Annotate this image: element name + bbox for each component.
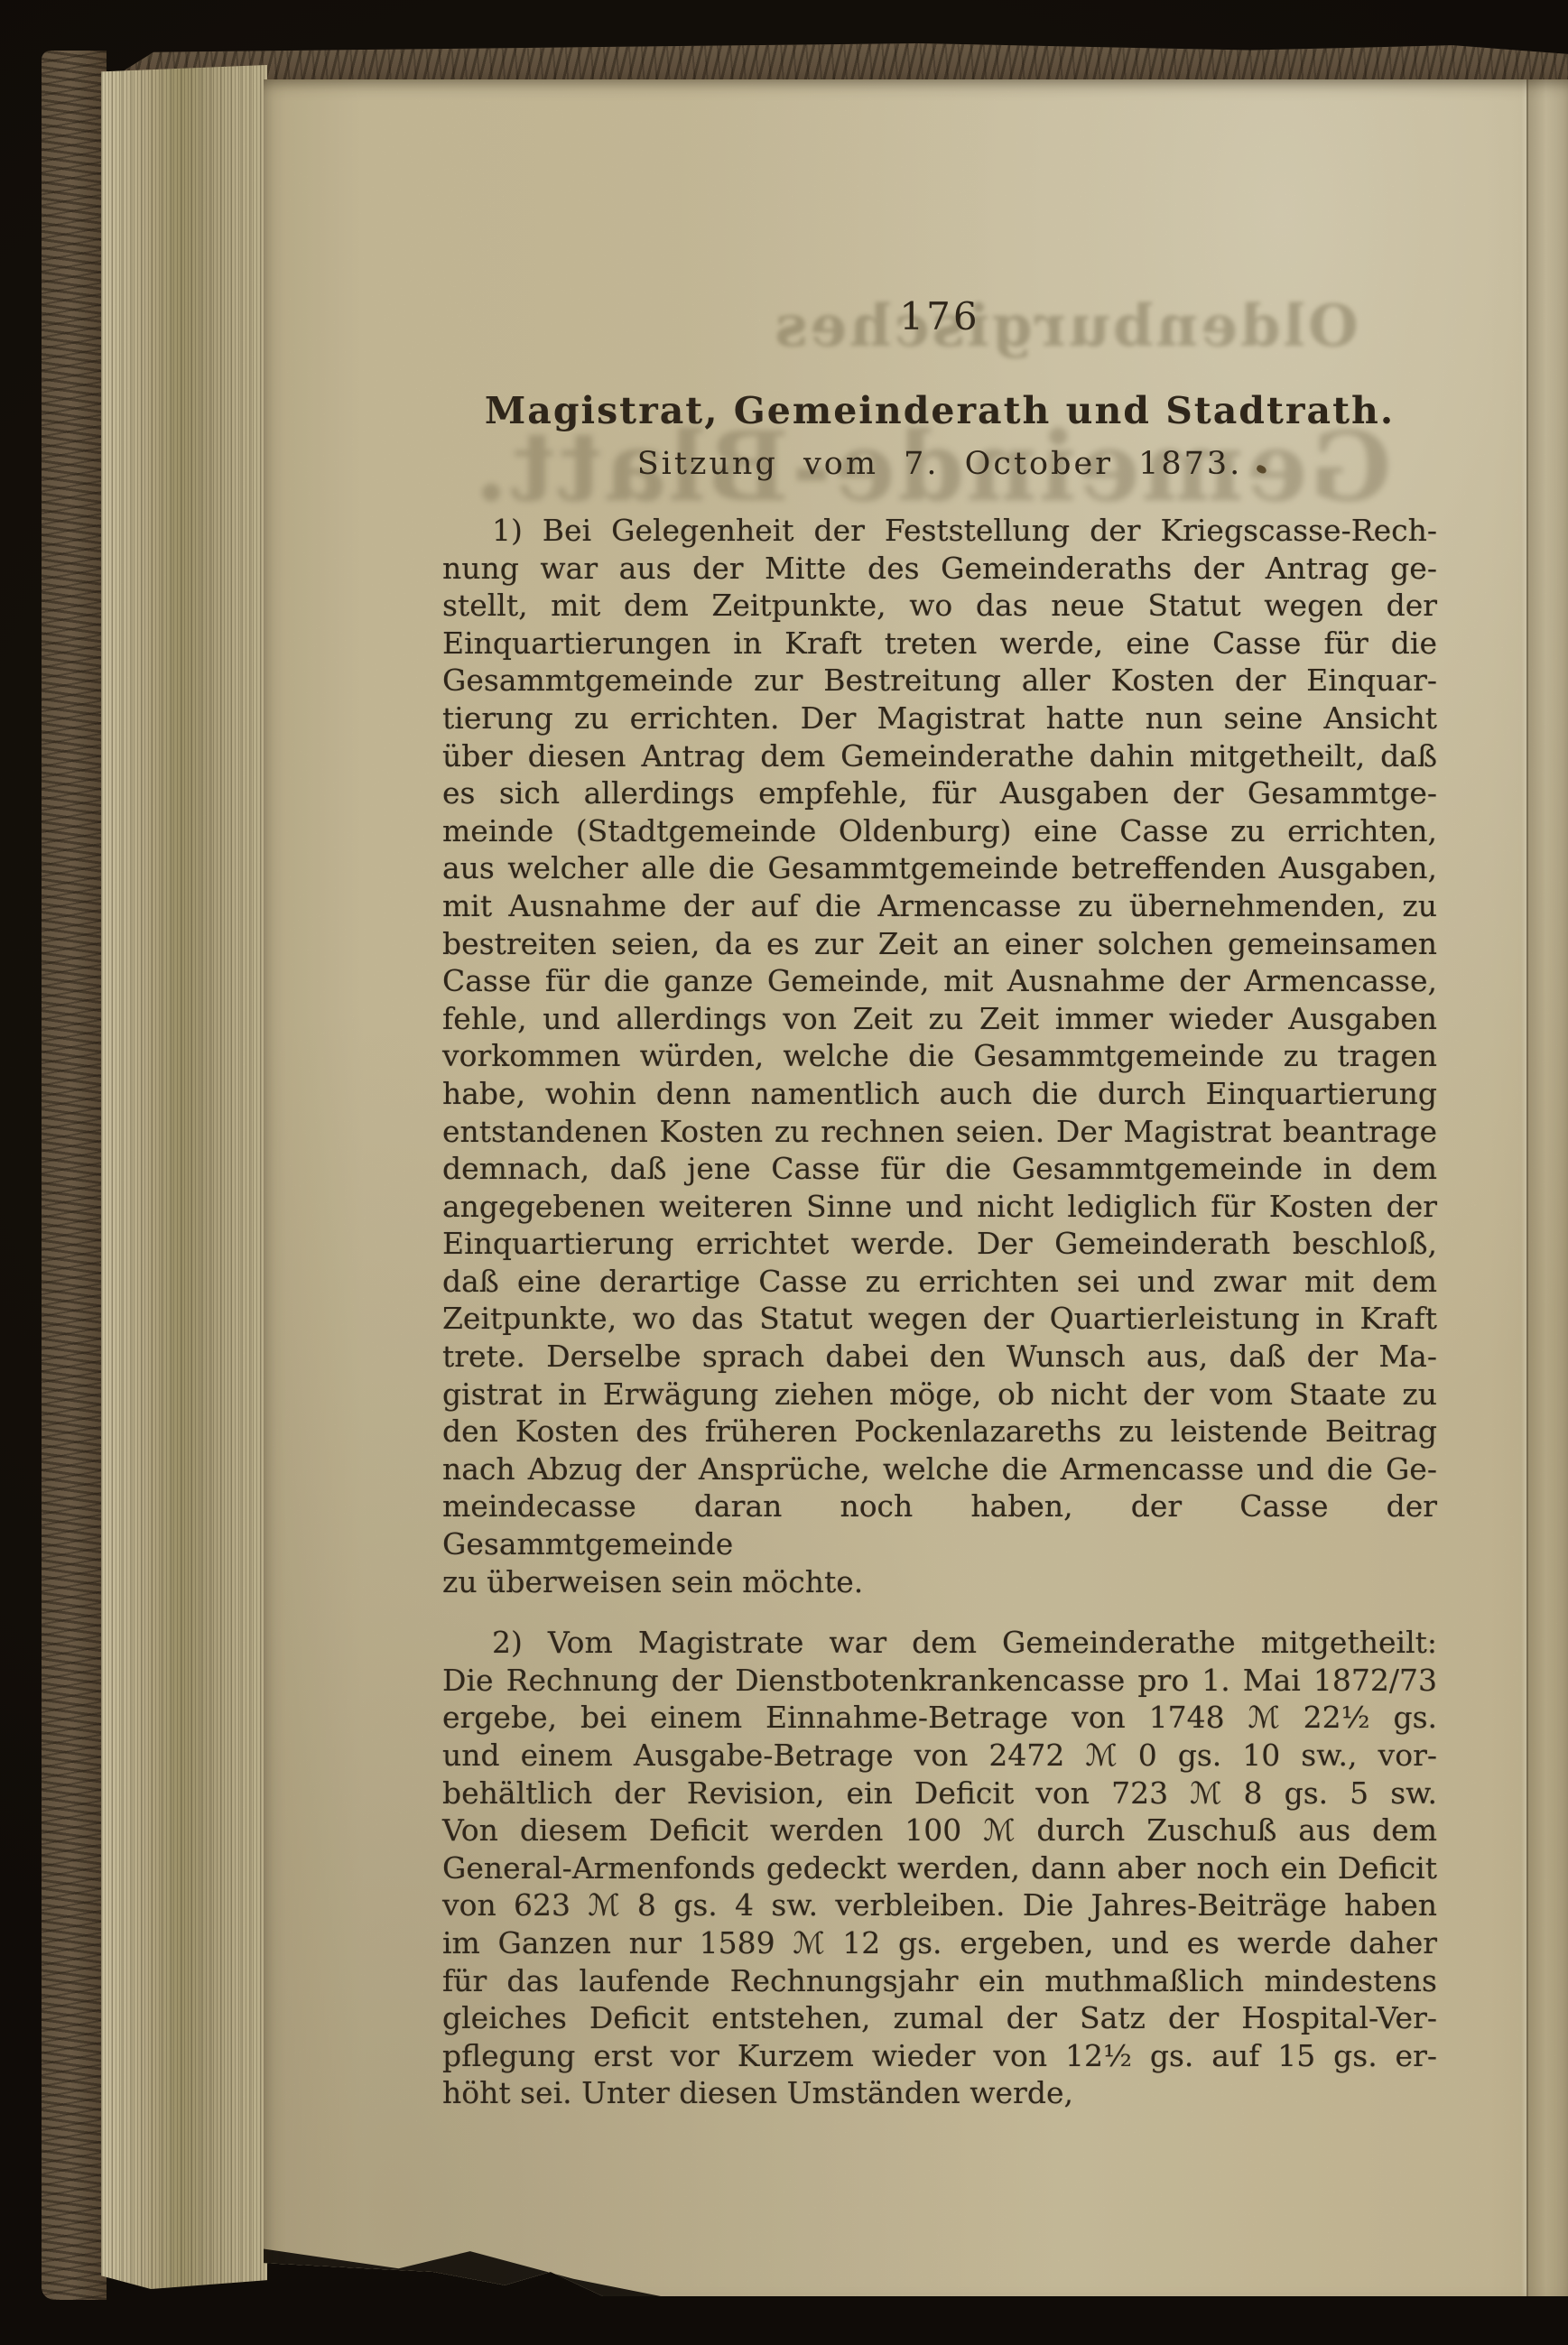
page-number: 176 bbox=[442, 294, 1437, 339]
text-line: Gesammtgemeinde zur Bestreitung aller Ko… bbox=[442, 662, 1437, 700]
text-line: im Ganzen nur 1589 ℳ 12 gs. ergeben, und… bbox=[442, 1924, 1437, 1962]
text-line: angegebenen weiteren Sinne und nicht led… bbox=[442, 1188, 1437, 1226]
text-line: über diesen Antrag dem Gemeinderathe dah… bbox=[442, 737, 1437, 775]
text-line: zu überweisen sein möchte. bbox=[442, 1563, 1437, 1601]
text-line: Einquartierung errichtet werde. Der Geme… bbox=[442, 1225, 1437, 1263]
text-line: Einquartierungen in Kraft treten werde, … bbox=[442, 625, 1437, 663]
text-line: nach Abzug der Ansprüche, welche die Arm… bbox=[442, 1451, 1437, 1488]
text-line: nung war aus der Mitte des Gemeinderaths… bbox=[442, 550, 1437, 588]
text-line: es sich allerdings empfehle, für Ausgabe… bbox=[442, 774, 1437, 812]
text-line: behältlich der Revision, ein Deficit von… bbox=[442, 1775, 1437, 1812]
text-line: demnach, daß jene Casse für die Gesammtg… bbox=[442, 1150, 1437, 1188]
text-line: Von diesem Deficit werden 100 ℳ durch Zu… bbox=[442, 1812, 1437, 1849]
text-line: meinde (Stadtgemeinde Oldenburg) eine Ca… bbox=[442, 812, 1437, 850]
page-fore-edge-stack bbox=[101, 65, 267, 2289]
text-line: den Kosten des früheren Pockenlazareths … bbox=[442, 1413, 1437, 1451]
text-line: Die Rechnung der Dienstbotenkrankencasse… bbox=[442, 1662, 1437, 1700]
text-line: pflegung erst vor Kurzem wieder von 12½ … bbox=[442, 2037, 1437, 2075]
text-line: daß eine derartige Casse zu errichten se… bbox=[442, 1263, 1437, 1301]
text-line: gistrat in Erwägung ziehen möge, ob nich… bbox=[442, 1376, 1437, 1413]
book-page: Oldenburgisches Gemeinde-Blatt. 176 Magi… bbox=[264, 79, 1568, 2296]
text-line: für das laufende Rechnungsjahr ein muthm… bbox=[442, 1962, 1437, 2000]
text-line: gleiches Deficit entstehen, zumal der Sa… bbox=[442, 1999, 1437, 2037]
text-line: bestreiten seien, da es zur Zeit an eine… bbox=[442, 925, 1437, 963]
session-subheading: Sitzung vom 7. October 1873. bbox=[442, 445, 1437, 483]
text-line: vorkommen würden, welche die Gesammtgeme… bbox=[442, 1037, 1437, 1075]
text-line: fehle, und allerdings von Zeit zu Zeit i… bbox=[442, 1000, 1437, 1038]
text-line: habe, wohin denn namentlich auch die dur… bbox=[442, 1075, 1437, 1113]
text-line: ergebe, bei einem Einnahme-Betrage von 1… bbox=[442, 1699, 1437, 1737]
photo-of-book: { "page": { "page_number": "176", "headi… bbox=[0, 0, 1568, 2345]
text-line: 2) Vom Magistrate war dem Gemeinderathe … bbox=[442, 1624, 1437, 1662]
text-line: und einem Ausgabe-Betrage von 2472 ℳ 0 g… bbox=[442, 1737, 1437, 1775]
bottom-edge-shadow bbox=[264, 2238, 661, 2296]
text-line: stellt, mit dem Zeitpunkte, wo das neue … bbox=[442, 587, 1437, 625]
text-line: entstandenen Kosten zu rechnen seien. De… bbox=[442, 1113, 1437, 1151]
text-line: höht sei. Unter diesen Umständen werde, bbox=[442, 2074, 1437, 2112]
text-line: von 623 ℳ 8 gs. 4 sw. verbleiben. Die Ja… bbox=[442, 1886, 1437, 1924]
text-line: General-Armenfonds gedeckt werden, dann … bbox=[442, 1849, 1437, 1887]
text-line: aus welcher alle die Gesammtgemeinde bet… bbox=[442, 849, 1437, 887]
paragraph: 1) Bei Gelegenheit der Feststellung der … bbox=[442, 512, 1437, 1600]
binding-gutter-fold bbox=[1526, 79, 1568, 2296]
text-line: Casse für die ganze Gemeinde, mit Ausnah… bbox=[442, 962, 1437, 1000]
page-text: 1) Bei Gelegenheit der Feststellung der … bbox=[442, 512, 1437, 2112]
article-heading: Magistrat, Gemeinderath und Stadtrath. bbox=[442, 390, 1437, 432]
printed-text-block: 176 Magistrat, Gemeinderath und Stadtrat… bbox=[442, 294, 1437, 2112]
text-line: Zeitpunkte, wo das Statut wegen der Quar… bbox=[442, 1300, 1437, 1338]
text-line: tierung zu errichten. Der Magistrat hatt… bbox=[442, 700, 1437, 737]
text-line: mit Ausnahme der auf die Armencasse zu ü… bbox=[442, 887, 1437, 925]
paragraph: 2) Vom Magistrate war dem Gemeinderathe … bbox=[442, 1624, 1437, 2112]
book-cover-left-edge bbox=[42, 51, 107, 2300]
text-line: trete. Derselbe sprach dabei den Wunsch … bbox=[442, 1338, 1437, 1376]
text-line: 1) Bei Gelegenheit der Feststellung der … bbox=[442, 512, 1437, 550]
text-line: meindecasse daran noch haben, der Casse … bbox=[442, 1488, 1437, 1562]
